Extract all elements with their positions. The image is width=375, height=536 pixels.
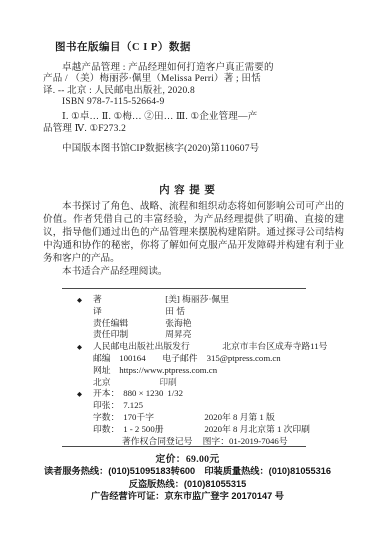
summary-note: 本书适合产品经理阅读。 <box>43 266 344 279</box>
editor-row: 责任编辑 张海艳 <box>62 318 306 330</box>
author-label: 著 <box>93 294 163 306</box>
word-count-row: 字数： 170千字 2020年 8 月第 1 版 <box>62 412 306 424</box>
word-count-label: 字数： <box>93 412 121 424</box>
cip-record-line: 卓越产品管理 : 产品经理如何打造客户真正需要的 <box>43 63 274 74</box>
postcode-value: 100164 <box>119 353 160 365</box>
cip-record-line: 译. -- 北京 : 人民邮电出版社, 2020.8 <box>43 86 274 97</box>
postcode-email-row: 邮编 100164 电子邮件 315@ptpress.com.cn <box>62 353 306 365</box>
printer-row: 北京 印刷 <box>62 377 306 389</box>
format-size: 880 × 1230 <box>123 388 165 400</box>
ad-license-line: 广告经营许可证：京东市监广登字 20170147 号 <box>0 488 375 502</box>
author-value: [美] 梅丽莎·佩里 <box>165 294 229 304</box>
summary-title: 内 容 提 要 <box>0 182 375 197</box>
word-count-value: 170千字 <box>123 412 202 424</box>
cip-registry-number: 中国版本图书馆CIP数据核字(2020)第110607号 <box>62 140 259 154</box>
colophon-block: ◆ 著 [美] 梅丽莎·佩里 译 田 恬 责任编辑 张海艳 责任印制 周昇亮 ◆… <box>62 288 306 447</box>
publisher-label: 人民邮电出版社出版发行 <box>93 341 220 353</box>
copyright-registration-label: 著作权合同登记号 <box>122 436 192 446</box>
cip-classification-line: Ⅰ. ①卓… Ⅱ. ①梅… ②田… Ⅲ. ①企业管理—产 <box>43 112 257 124</box>
sheets-value: 7.125 <box>123 400 143 410</box>
print-supervisor-row: 责任印制 周昇亮 <box>62 329 306 341</box>
printer-word: 印刷 <box>159 377 177 387</box>
cip-classification-block: Ⅰ. ①卓… Ⅱ. ①梅… ②田… Ⅲ. ①企业管理—产 品管理 Ⅳ. ①F27… <box>43 112 257 135</box>
email-value: 315@ptpress.com.cn <box>207 353 281 363</box>
format-label: 开本： <box>93 388 121 400</box>
cip-title: 图书在版编目（C I P）数据 <box>55 39 191 54</box>
sheets-label: 印张： <box>93 400 121 412</box>
diamond-bullet-icon: ◆ <box>77 389 82 401</box>
publisher-address: 北京市丰台区成寿寺路11号 <box>222 341 327 351</box>
translator-label: 译 <box>93 306 163 318</box>
copyright-registration-row: 著作权合同登记号 图字：01-2019-7046号 <box>62 436 306 448</box>
cip-record-block: 卓越产品管理 : 产品经理如何打造客户真正需要的 产品 / （美）梅丽莎·佩里（… <box>43 63 274 109</box>
diamond-bullet-icon: ◆ <box>77 295 82 307</box>
author-row: ◆ 著 [美] 梅丽莎·佩里 <box>62 294 306 306</box>
summary-body: 本书探讨了角色、战略、流程和组织动态将如何影响公司可产出的价值。作者凭借自己的丰… <box>43 201 344 278</box>
cip-isbn-line: ISBN 978-7-115-52664-9 <box>43 97 274 108</box>
printing-date: 2020年 8 月北京第 1 次印刷 <box>204 424 310 434</box>
postcode-label: 邮编 <box>93 353 117 365</box>
format-row: ◆ 开本： 880 × 1230 1/32 <box>62 388 306 400</box>
print-supervisor-value: 周昇亮 <box>165 329 191 339</box>
copyright-registration-number: 图字：01-2019-7046号 <box>203 436 288 446</box>
website-label: 网址 <box>93 365 117 377</box>
translator-value: 田 恬 <box>165 306 185 316</box>
email-label: 电子邮件 <box>162 353 204 365</box>
print-run-label: 印数： <box>93 424 121 436</box>
edition-date: 2020年 8 月第 1 版 <box>204 412 274 422</box>
format-fraction: 1/32 <box>167 388 183 398</box>
translator-row: 译 田 恬 <box>62 306 306 318</box>
editor-label: 责任编辑 <box>93 318 163 330</box>
cip-classification-line: 品管理 Ⅳ. ①F273.2 <box>43 124 257 136</box>
print-supervisor-label: 责任印制 <box>93 329 163 341</box>
publisher-row: ◆ 人民邮电出版社出版发行 北京市丰台区成寿寺路11号 <box>62 341 306 353</box>
cip-record-line: 产品 / （美）梅丽莎·佩里（Melissa Perri）著 ; 田恬 <box>43 74 274 85</box>
copyright-page: 图书在版编目（C I P）数据 卓越产品管理 : 产品经理如何打造客户真正需要的… <box>0 0 375 536</box>
summary-paragraph: 本书探讨了角色、战略、流程和组织动态将如何影响公司可产出的价值。作者凭借自己的丰… <box>43 201 344 266</box>
sheets-row: 印张： 7.125 <box>62 400 306 412</box>
print-run-row: 印数： 1 - 2 500册 2020年 8 月北京第 1 次印刷 <box>62 424 306 436</box>
diamond-bullet-icon: ◆ <box>77 342 82 354</box>
print-run-value: 1 - 2 500册 <box>123 424 202 436</box>
editor-value: 张海艳 <box>165 318 191 328</box>
printer-city: 北京 <box>93 377 157 389</box>
website-url: https://www.ptpress.com.cn <box>119 365 217 375</box>
hotline-reader-service: 读者服务热线：(010)51095183转600 印装质量热线：(010)810… <box>0 463 375 477</box>
website-row: 网址 https://www.ptpress.com.cn <box>62 365 306 377</box>
